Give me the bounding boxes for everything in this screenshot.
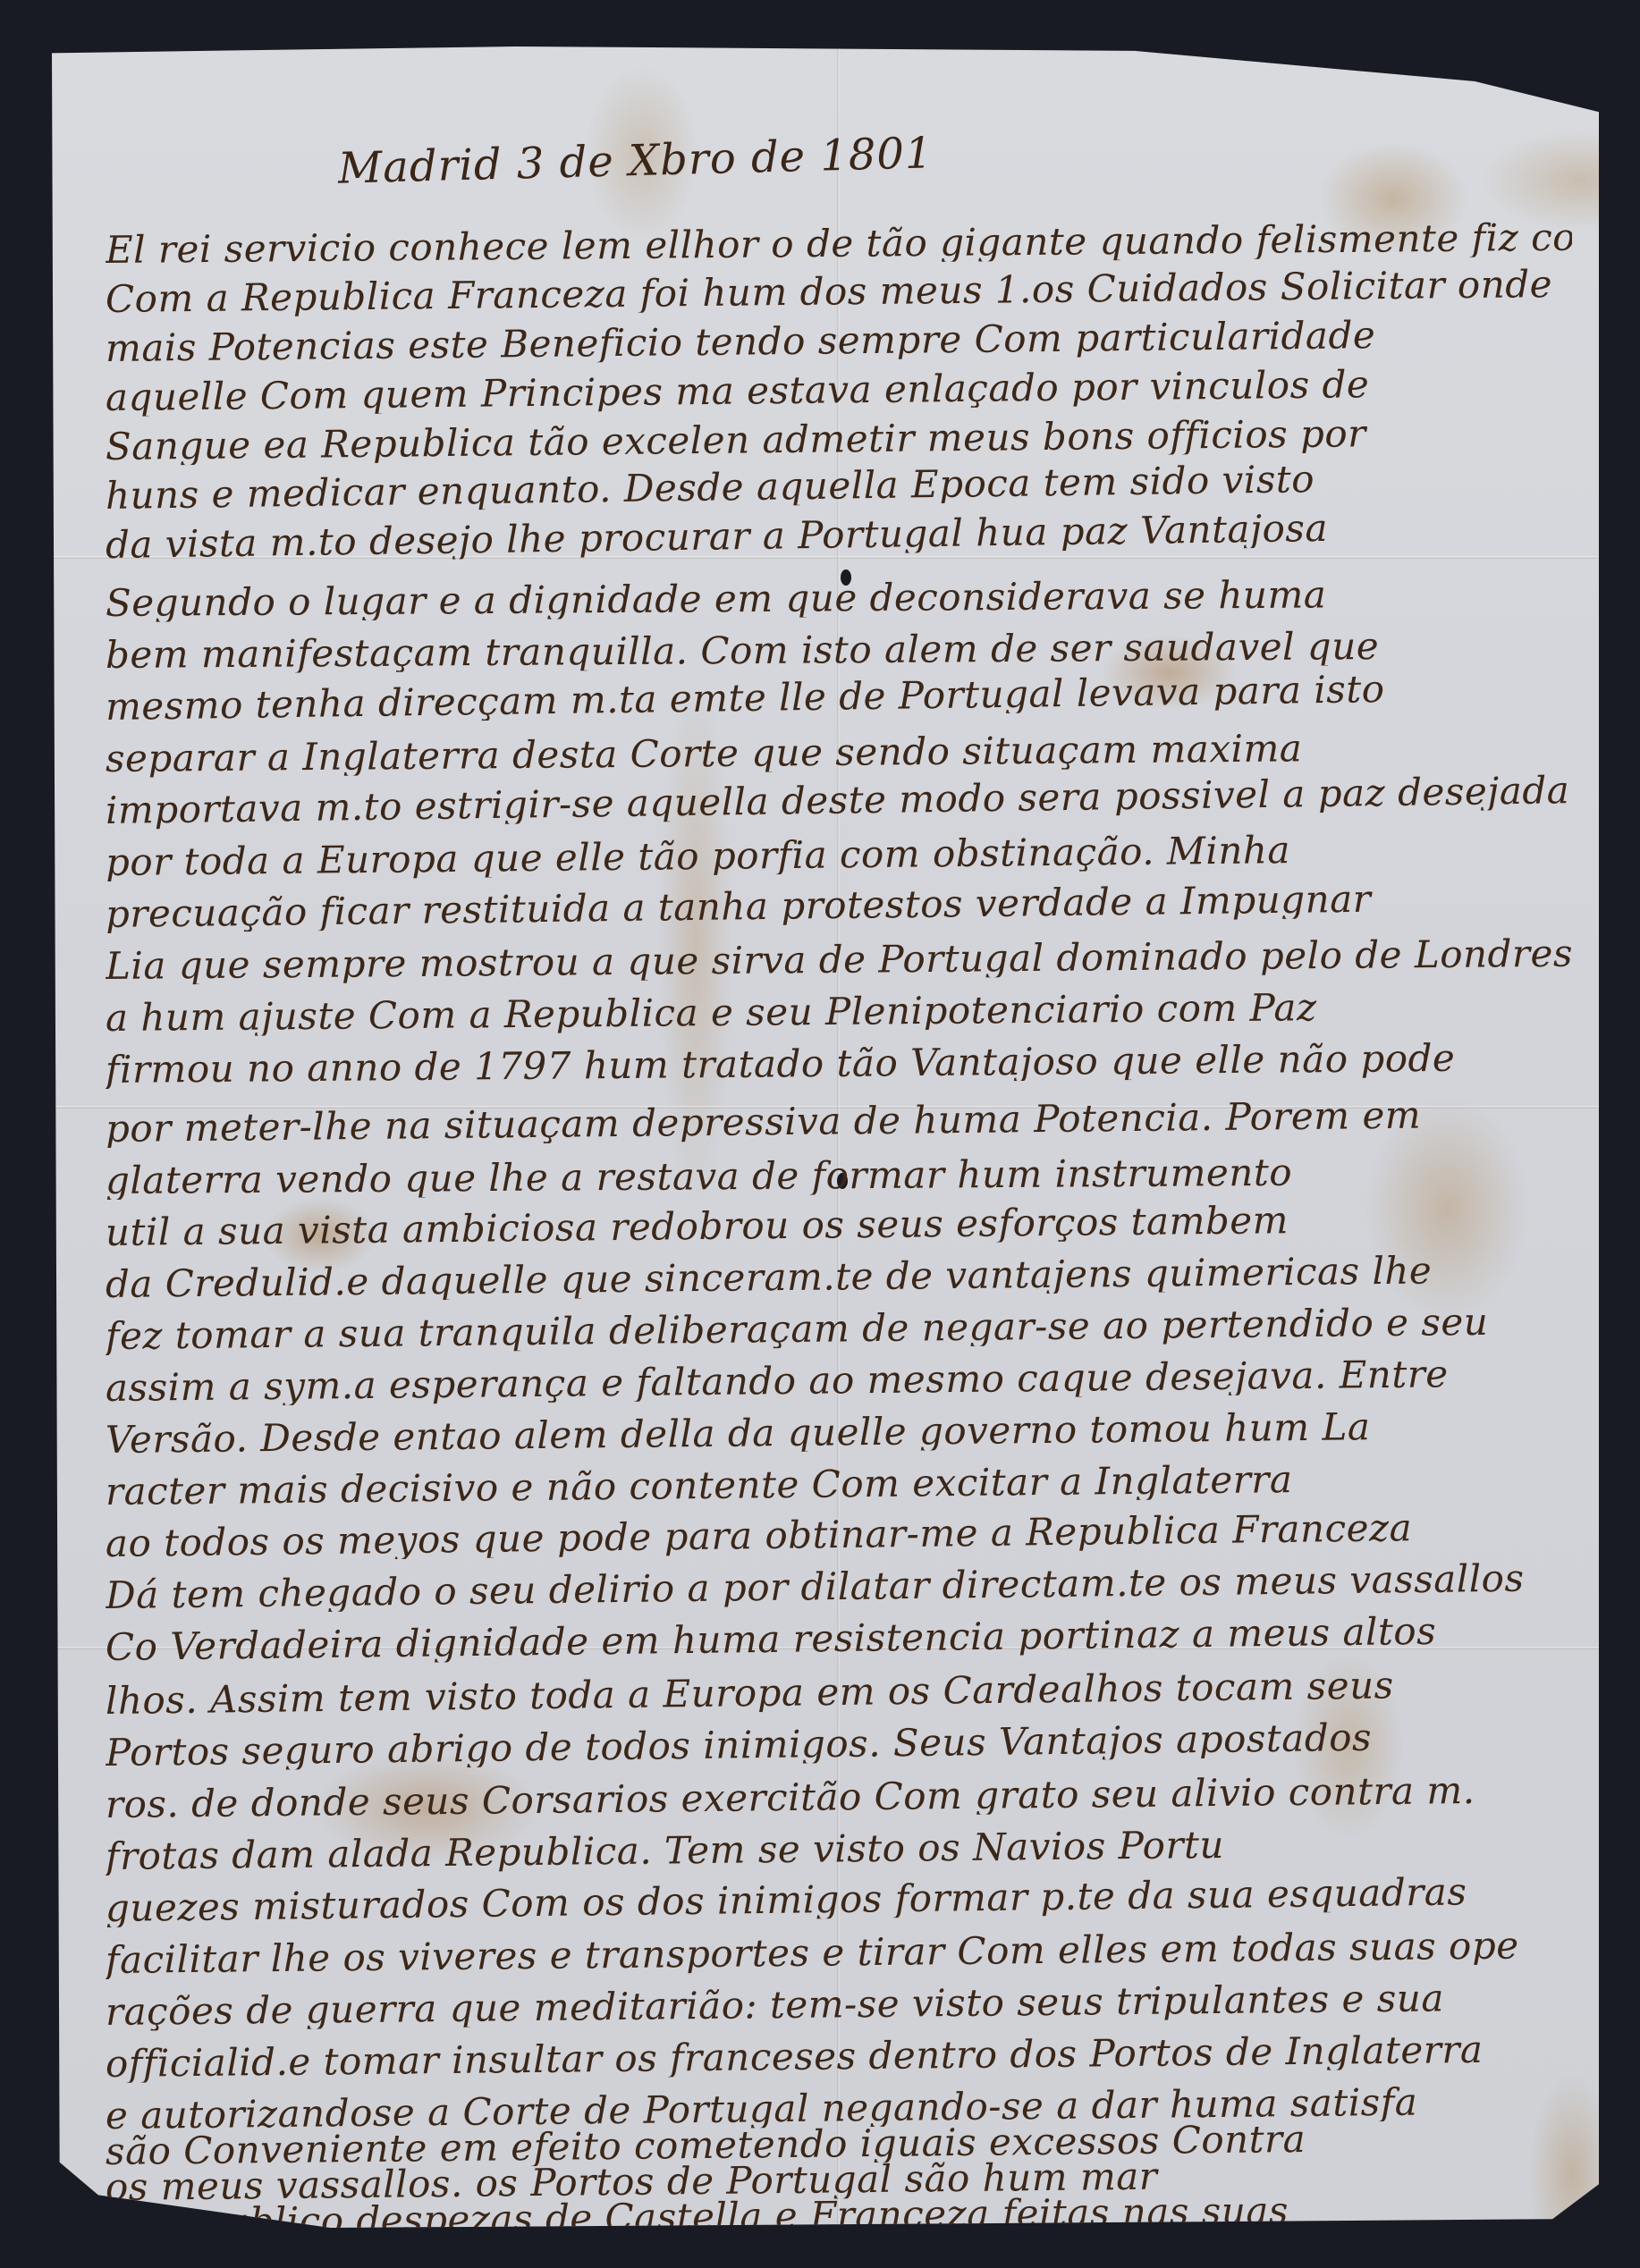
- text-line: Com a Republica Franceza foi hum dos meu…: [106, 266, 1572, 318]
- text-line: racter mais decisivo e não contente Com …: [106, 1458, 1572, 1511]
- text-line: firmou no anno de 1797 hum tratado tão V…: [106, 1039, 1572, 1089]
- text-line: Versão. Desde entao alem della da quelle…: [106, 1406, 1572, 1459]
- text-line: bem manifestaçam tranquilla. Com isto al…: [106, 627, 1572, 674]
- text-line: mais Potencias este Beneficio tendo semp…: [106, 315, 1572, 367]
- text-line: da vista m.to desejo lhe procurar a Port…: [106, 506, 1572, 564]
- text-line: aquelle Com quem Principes ma estava enl…: [106, 364, 1572, 417]
- text-line: rações de guerra que meditarião: tem-se …: [106, 1978, 1572, 2031]
- text-line: fez tomar a sua tranquila deliberaçam de…: [106, 1303, 1572, 1355]
- text-line: glaterra vendo que lhe a restava de form…: [106, 1152, 1572, 1200]
- text-line: por toda a Europa que elle tão porfia co…: [106, 829, 1572, 881]
- letter-paper: Madrid 3 de Xbro de 1801 El rei servicio…: [52, 46, 1599, 2228]
- text-line: importava m.to estrigir-se aquella deste…: [106, 771, 1572, 830]
- text-line: Sangue ea Republica tão excelen admetir …: [106, 413, 1572, 466]
- text-line: Portos seguro abrigo de todos inimigos. …: [106, 1716, 1572, 1772]
- text-line: mesmo tenha direcçam m.ta emte lle de Po…: [106, 668, 1572, 726]
- text-line: da Credulid.e daquelle que sinceram.te d…: [106, 1251, 1572, 1303]
- text-line: Dá tem chegado o seu delirio a por dilat…: [106, 1559, 1572, 1615]
- text-line: huns e medicar enquanto. Desde aquella E…: [106, 457, 1572, 515]
- text-line: officialid.e tomar insultar os franceses…: [106, 2030, 1572, 2083]
- text-line: frotas dam alada Republica. Tem se visto…: [106, 1823, 1572, 1876]
- text-line: ao todos os meyos que pode para obtinar-…: [106, 1507, 1572, 1563]
- text-line: por meter-lhe na situaçam depressiva de …: [106, 1095, 1572, 1148]
- text-line: ros. de donde seus Corsarios exercitão C…: [106, 1771, 1572, 1824]
- letter-dateline: Madrid 3 de Xbro de 1801: [337, 128, 934, 193]
- text-line: Co Verdadeira dignidade em huma resisten…: [106, 1611, 1572, 1666]
- text-line: util a sua vista ambiciosa redobrou os s…: [106, 1199, 1572, 1252]
- text-line: Lia que sempre mostrou a que sirva de Po…: [106, 935, 1572, 985]
- text-line: separar a Inglaterra desta Corte que sen…: [106, 728, 1572, 778]
- text-line: guezes misturados Com os dos inimigos fo…: [106, 1872, 1572, 1927]
- text-line: lhos. Assim tem visto toda a Europa em o…: [106, 1665, 1572, 1720]
- text-line: assim a sym.a esperança e faltando ao me…: [106, 1354, 1572, 1407]
- text-line: Segundo o lugar e a dignidade em que dec…: [106, 575, 1572, 622]
- text-line: a hum ajuste Com a Republica e seu Pleni…: [106, 987, 1572, 1037]
- text-line: facilitar lhe os viveres e transportes e…: [106, 1927, 1572, 1979]
- text-line: El rei servicio conhece lem ellhor o de …: [106, 219, 1572, 269]
- text-line: precuação ficar restituida a tanha prote…: [106, 878, 1572, 933]
- handwritten-text: Madrid 3 de Xbro de 1801 El rei servicio…: [52, 46, 1599, 2228]
